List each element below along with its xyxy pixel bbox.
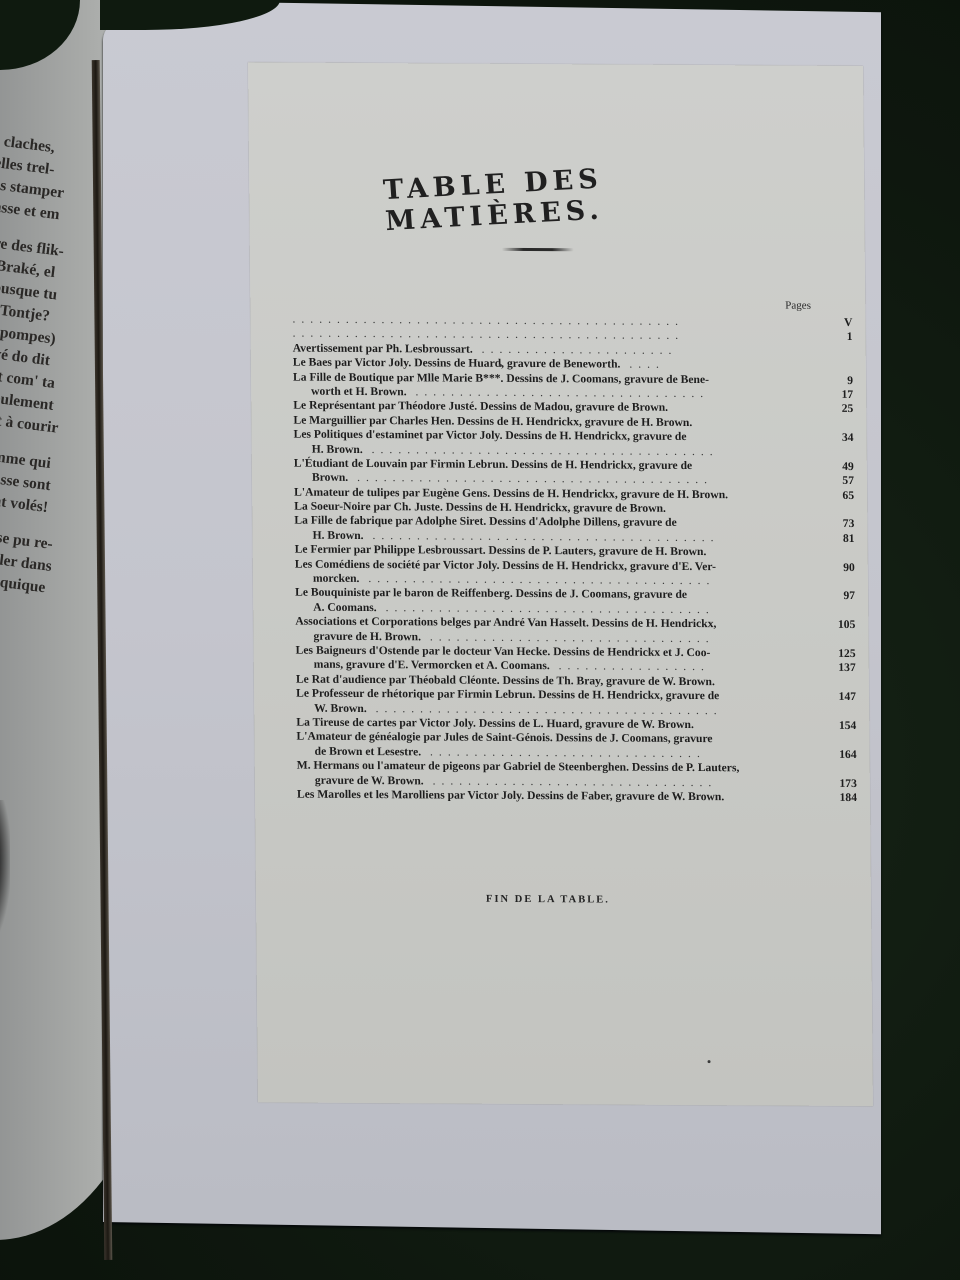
- toc-page-number: 173: [817, 776, 857, 791]
- toc-page-number: 49: [814, 460, 854, 475]
- leader-dots: ........................................…: [293, 327, 685, 342]
- leader-dots: ................................: [424, 774, 718, 789]
- toc-page-number: 1: [813, 330, 853, 345]
- toc-page-number: 105: [815, 618, 855, 633]
- toc-page-number: 137: [816, 661, 856, 676]
- toc-page-number: 34: [813, 431, 853, 446]
- leader-dots: .................: [550, 660, 710, 674]
- leader-dots: .......................................: [363, 529, 719, 544]
- leader-dots: .......................................: [367, 702, 723, 717]
- leader-dots: ....: [620, 358, 665, 371]
- title-ornament-rule: [502, 248, 574, 251]
- leader-dots: ................................: [421, 630, 715, 645]
- toc-page-number: 81: [814, 532, 854, 547]
- toc-page-number: 154: [816, 719, 856, 734]
- toc-page-number: 17: [813, 388, 853, 403]
- toc-page-number: V: [812, 316, 852, 331]
- leader-dots: ......................: [473, 342, 678, 356]
- right-page: TABLE DES MATIÈRES. Pages ..............…: [103, 0, 881, 1234]
- page-title: TABLE DES MATIÈRES.: [382, 155, 765, 237]
- photo-scene: des claches,s belles trel-e pas stampero…: [0, 0, 960, 1280]
- leader-dots: ........................................…: [292, 313, 684, 328]
- leader-dots: ...............................: [421, 745, 706, 760]
- toc-page-number: 25: [813, 402, 853, 417]
- leader-dots: .....................................: [377, 601, 715, 616]
- tipped-in-plate: TABLE DES MATIÈRES. Pages ..............…: [248, 62, 873, 1106]
- paper-speck: [499, 364, 502, 367]
- toc-row: Les Marolles et les Marolliens par Victo…: [297, 788, 857, 806]
- toc-page-number: 57: [814, 474, 854, 489]
- leader-dots: .......................................: [359, 572, 715, 587]
- toc-page-number: 125: [816, 647, 856, 662]
- left-page-illustration: [0, 800, 10, 950]
- toc-page-number: 73: [814, 517, 854, 532]
- toc-page-number: 164: [817, 748, 857, 763]
- leader-dots: .................................: [407, 385, 710, 400]
- toc-page-number: 97: [815, 589, 855, 604]
- toc-page-number: 90: [815, 560, 855, 575]
- pages-column-header: Pages: [785, 300, 811, 312]
- toc-page-number: 9: [813, 373, 853, 388]
- toc-page-number: 184: [817, 791, 857, 806]
- toc-page-number: 65: [814, 488, 854, 503]
- paper-speck: [708, 1060, 711, 1063]
- leader-dots: .......................................: [363, 443, 719, 458]
- toc-page-number: 147: [816, 690, 856, 705]
- toc-entry-text: Les Marolles et les Marolliens par Victo…: [297, 788, 724, 805]
- end-of-table-label: FIN DE LA TABLE.: [486, 894, 610, 906]
- leader-dots: ........................................: [348, 471, 713, 486]
- table-of-contents: ........................................…: [292, 313, 857, 806]
